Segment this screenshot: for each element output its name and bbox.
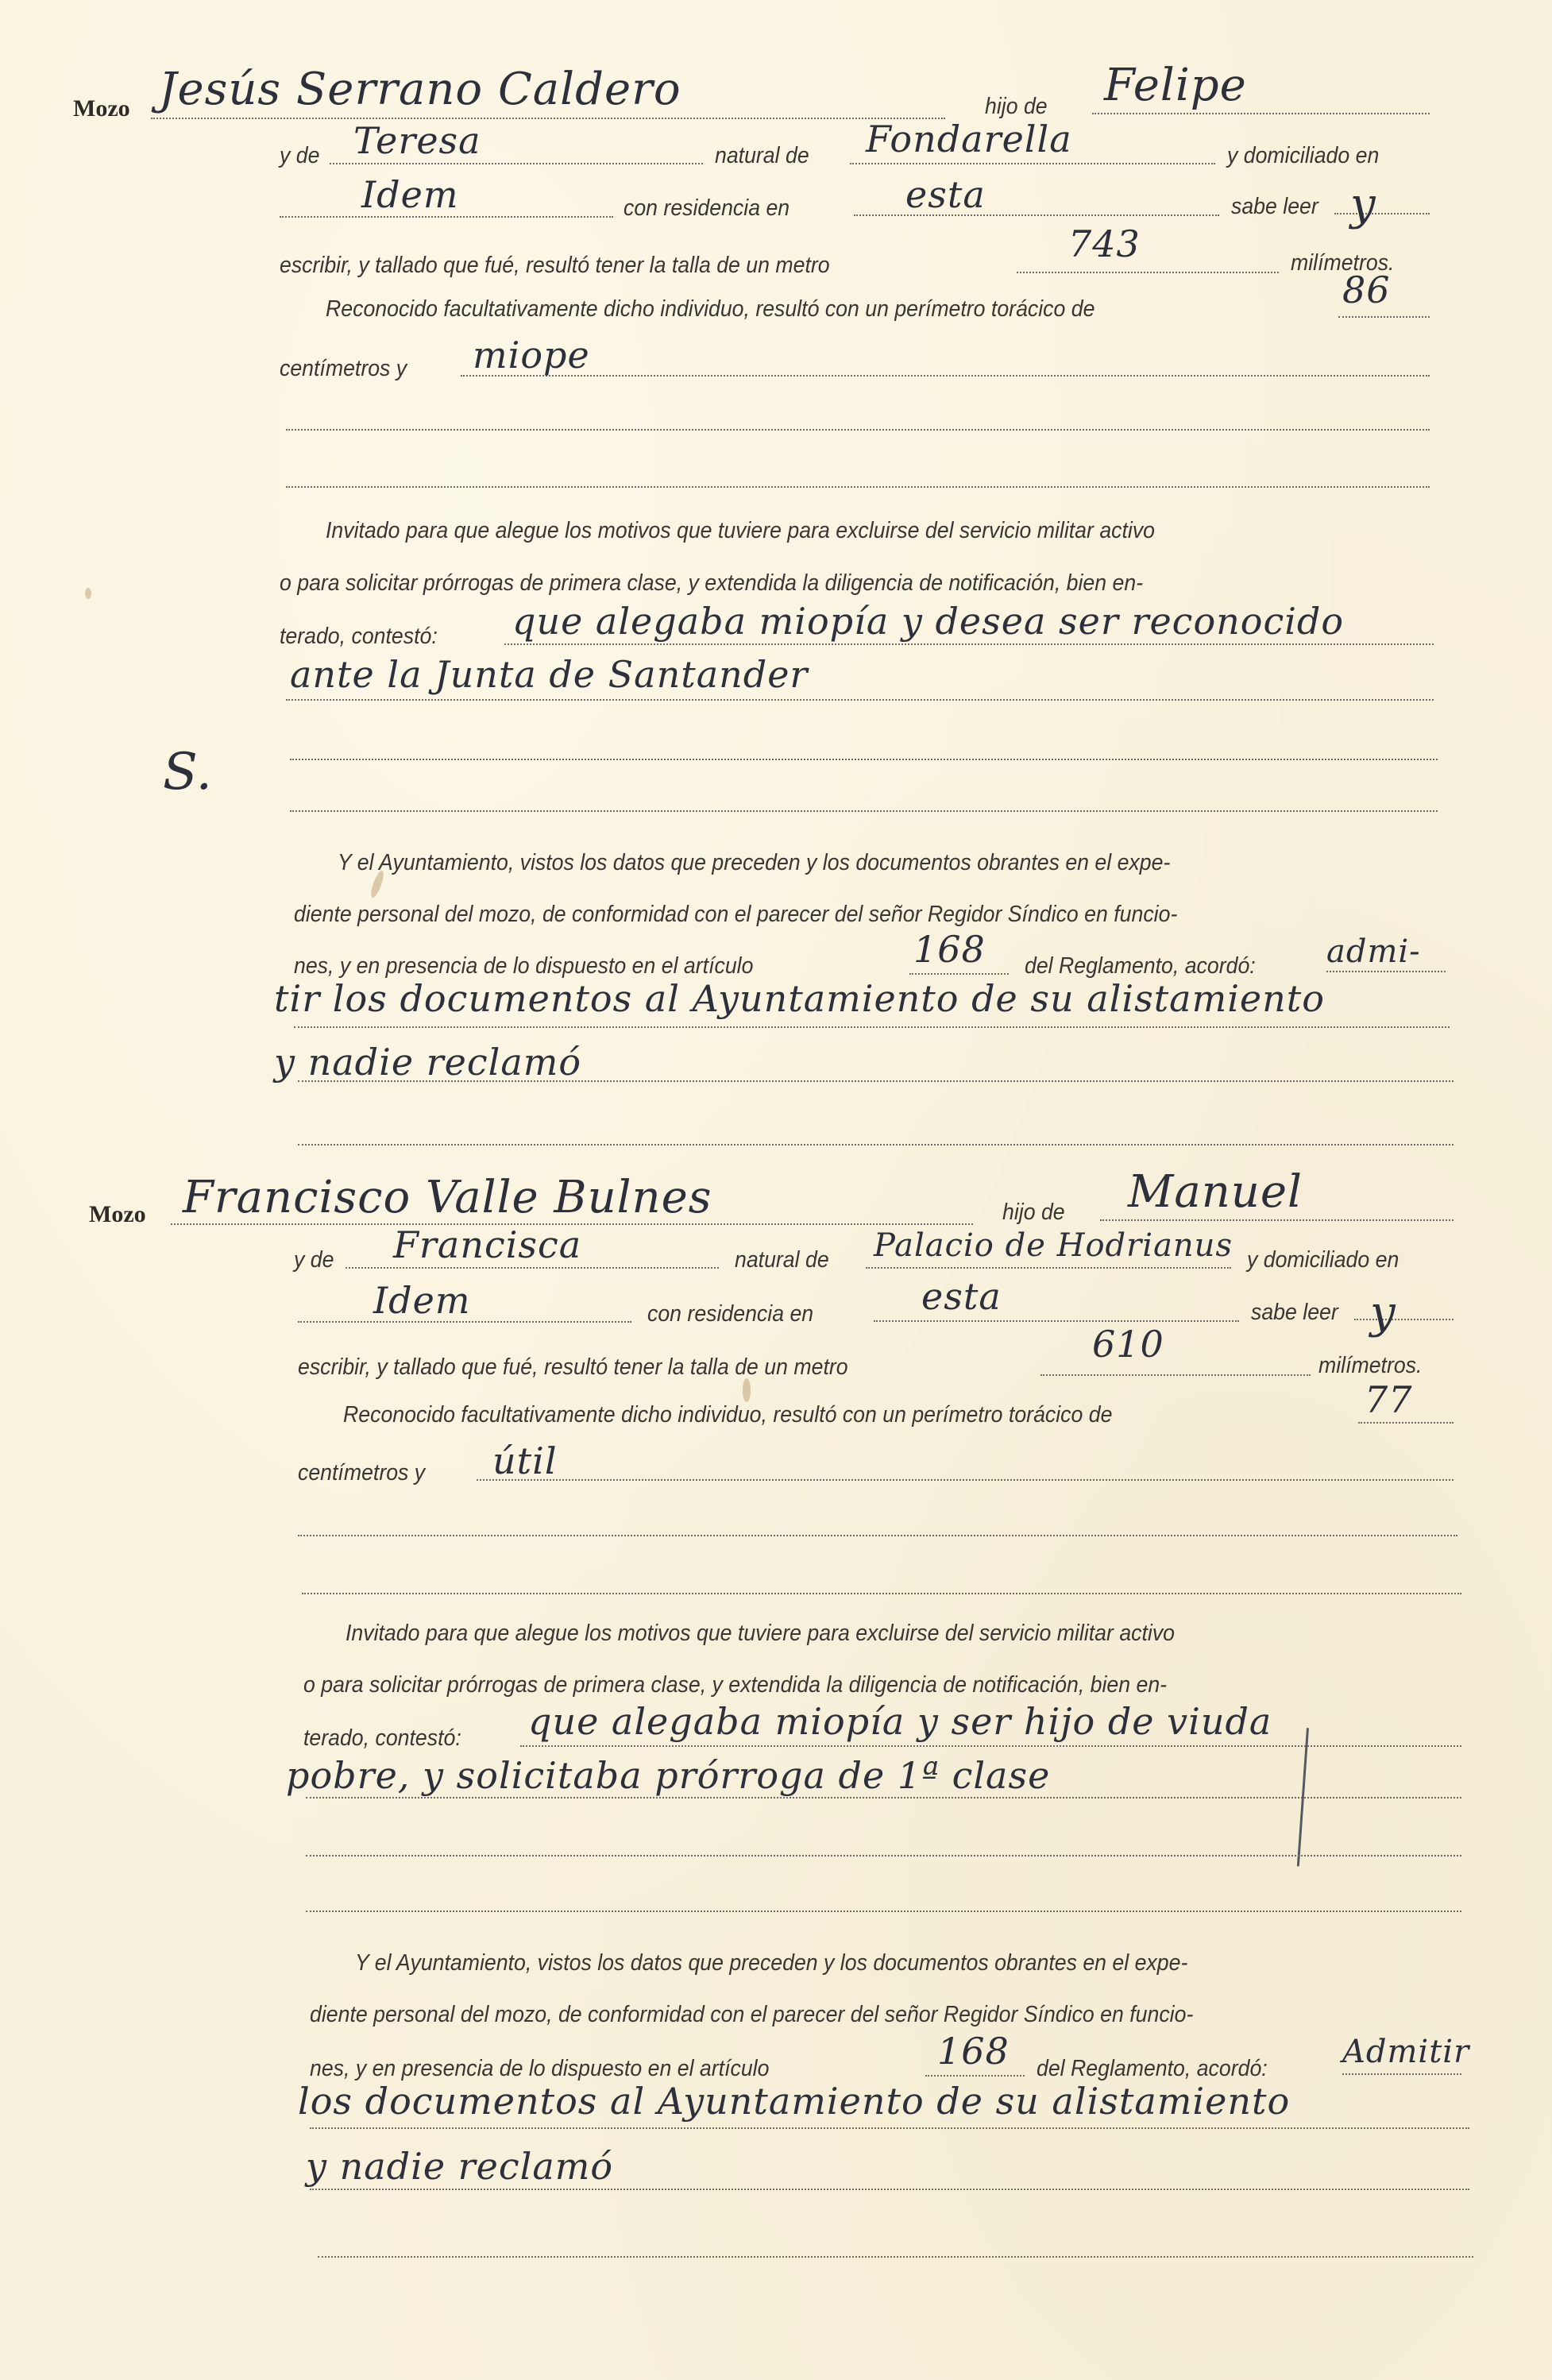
article-line: [909, 973, 1009, 975]
birthplace-line: [850, 163, 1215, 164]
reply-line-2: ante la Junta de Santander: [290, 653, 808, 696]
label-contesto: terado, contestó:: [280, 624, 438, 650]
label-reconocido: Reconocido facultativamente dicho indivi…: [343, 1402, 1112, 1428]
margin-mark: S.: [163, 743, 212, 802]
label-escribir-talla: escribir, y tallado que fué, resultó ten…: [298, 1354, 848, 1381]
father-line: [1092, 113, 1430, 114]
reply-line-1: que alegaba miopía y desea ser reconocid…: [512, 600, 1344, 643]
label-hijo-de: hijo de: [1002, 1200, 1065, 1226]
reply-line: [286, 699, 1434, 701]
label-milimetros: milímetros.: [1318, 1353, 1422, 1379]
label-natural-de: natural de: [735, 1247, 829, 1273]
label-centimetros: centímetros y: [298, 1460, 425, 1486]
blank-line: [298, 1535, 1457, 1536]
height-line: [1040, 1374, 1311, 1376]
observation-line: [477, 1479, 1454, 1481]
article-line: [925, 2075, 1025, 2077]
blank-line: [286, 486, 1430, 488]
residence: esta: [905, 173, 986, 216]
decision-line: [310, 2127, 1469, 2129]
birthplace-line: [866, 1267, 1231, 1269]
height-value: 743: [1068, 222, 1141, 265]
mother-name: Francisca: [393, 1223, 581, 1266]
decision-line: [310, 2189, 1469, 2190]
ink-stain: [743, 1378, 751, 1402]
name-line: [151, 118, 945, 119]
mozo-label: Mozo: [73, 95, 130, 122]
label-invitado-1: Invitado para que alegue los motivos que…: [326, 518, 1155, 544]
label-hijo-de: hijo de: [985, 94, 1048, 120]
blank-line: [318, 2256, 1473, 2258]
label-invitado-2: o para solicitar prórrogas de primera cl…: [303, 1672, 1167, 1698]
conscript-name: Francisco Valle Bulnes: [183, 1172, 712, 1223]
mother-line: [346, 1267, 719, 1269]
label-natural-de: natural de: [715, 143, 809, 169]
blank-line: [302, 1593, 1461, 1594]
blank-line: [286, 429, 1430, 431]
father-line: [1100, 1219, 1454, 1221]
label-invitado-1: Invitado para que alegue los motivos que…: [346, 1621, 1175, 1647]
label-ayuntamiento-2: diente personal del mozo, de conformidad…: [310, 2002, 1193, 2028]
domicile-line: [280, 216, 613, 218]
decision-line: [294, 1026, 1450, 1028]
reply-line: [504, 643, 1434, 645]
reply-line-1: que alegaba miopía y ser hijo de viuda: [528, 1700, 1272, 1743]
blank-line: [306, 1911, 1461, 1912]
reply-line-2: pobre, y solicitaba prórroga de 1ª clase: [286, 1754, 1050, 1797]
article-number: 168: [913, 928, 986, 971]
decision-line: [1326, 971, 1446, 972]
father-name: Felipe: [1104, 60, 1247, 111]
label-y-de: y de: [294, 1247, 334, 1273]
label-contesto: terado, contestó:: [303, 1725, 461, 1752]
decision-line-2: tir los documentos al Ayuntamiento de su…: [274, 977, 1325, 1020]
label-escribir-talla: escribir, y tallado que fué, resultó ten…: [280, 253, 830, 279]
blank-line: [290, 810, 1438, 812]
label-ayuntamiento-2: diente personal del mozo, de conformidad…: [294, 902, 1177, 928]
observation: miope: [473, 334, 590, 377]
residence: esta: [921, 1275, 1002, 1318]
observation-line: [461, 375, 1430, 377]
label-ayuntamiento-1: Y el Ayuntamiento, vistos los datos que …: [355, 1950, 1187, 1976]
reply-line: [306, 1797, 1461, 1799]
decision-line-2: los documentos al Ayuntamiento de su ali…: [298, 2080, 1290, 2123]
chest-line: [1338, 316, 1430, 318]
decision-line-3: y nadie reclamó: [306, 2145, 613, 2188]
sabe-leer-line: [1334, 213, 1430, 214]
label-y-de: y de: [280, 143, 319, 169]
sabe-leer-answer: y: [1350, 179, 1376, 230]
blank-line: [306, 1855, 1461, 1856]
label-centimetros: centímetros y: [280, 356, 407, 382]
height-line: [1017, 272, 1279, 273]
blank-line: [290, 759, 1438, 760]
birthplace: Fondarella: [866, 118, 1072, 160]
mother-name: Teresa: [353, 119, 481, 162]
mother-line: [330, 163, 703, 164]
label-domiciliado: y domiciliado en: [1247, 1247, 1399, 1273]
ink-stain: [85, 588, 91, 599]
chest-value: 86: [1342, 269, 1391, 311]
height-value: 610: [1092, 1323, 1164, 1366]
label-reconocido: Reconocido facultativamente dicho indivi…: [326, 296, 1095, 323]
label-ayuntamiento-1: Y el Ayuntamiento, vistos los datos que …: [338, 850, 1170, 876]
decision-line: [1342, 2073, 1461, 2075]
label-domiciliado: y domiciliado en: [1227, 143, 1379, 169]
label-ayuntamiento-3a: nes, y en presencia de lo dispuesto en e…: [294, 953, 753, 979]
father-name: Manuel: [1128, 1166, 1303, 1218]
conscript-name: Jesús Serrano Caldero: [159, 64, 681, 115]
label-ayuntamiento-3a: nes, y en presencia de lo dispuesto en e…: [310, 2056, 769, 2082]
label-sabe-leer: sabe leer: [1251, 1300, 1338, 1326]
observation: útil: [492, 1439, 558, 1482]
domicile: Idem: [373, 1279, 470, 1322]
birthplace: Palacio de Hodrianus: [874, 1227, 1233, 1264]
domicile: Idem: [361, 173, 458, 216]
label-invitado-2: o para solicitar prórrogas de primera cl…: [280, 570, 1143, 597]
chest-line: [1358, 1422, 1454, 1424]
residence-line: [874, 1320, 1239, 1322]
chest-value: 77: [1365, 1378, 1413, 1421]
decision-line-1: Admitir: [1342, 2034, 1469, 2070]
reply-line: [520, 1745, 1461, 1747]
label-residencia: con residencia en: [624, 195, 790, 222]
article-number: 168: [937, 2030, 1010, 2073]
decision-line-3: y nadie reclamó: [274, 1041, 581, 1084]
mozo-label: Mozo: [89, 1201, 146, 1228]
blank-line: [298, 1144, 1454, 1146]
sabe-leer-answer: y: [1370, 1287, 1396, 1339]
decision-line-1: admi-: [1326, 933, 1421, 970]
label-sabe-leer: sabe leer: [1231, 194, 1318, 220]
label-residencia: con residencia en: [647, 1301, 813, 1327]
sabe-leer-line: [1354, 1319, 1454, 1320]
label-ayuntamiento-3b: del Reglamento, acordó:: [1037, 2056, 1268, 2082]
label-ayuntamiento-3b: del Reglamento, acordó:: [1025, 953, 1256, 979]
